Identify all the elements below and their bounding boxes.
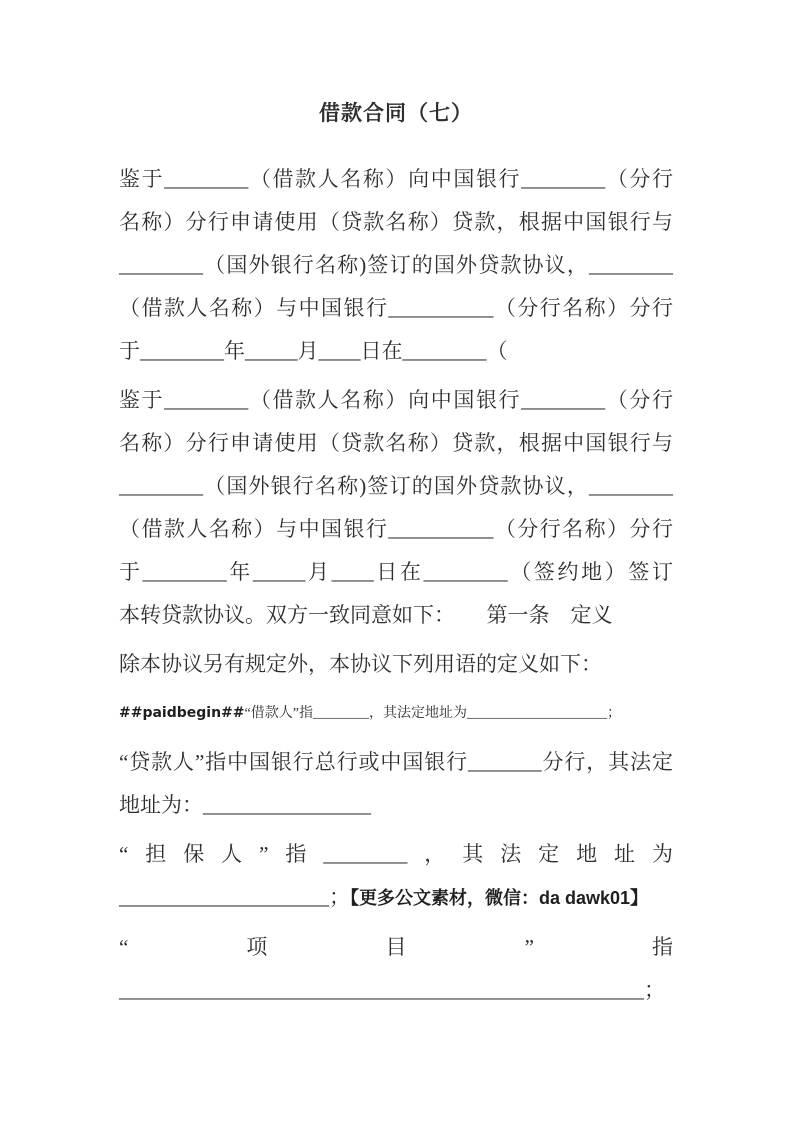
- paragraph2-line2: 名称）分行申请使用（贷款名称）贷款，根据中国银行与: [119, 422, 673, 465]
- paragraph-1: 鉴于________（借款人名称）向中国银行________（分行 名称）分行申…: [119, 158, 673, 373]
- paragraph1-line2: 名称）分行申请使用（贷款名称）贷款，根据中国银行与: [119, 201, 673, 244]
- paragraph2-line1: 鉴于________（借款人名称）向中国银行________（分行: [119, 379, 673, 422]
- paragraph-3: 除本协议另有规定外，本协议下列用语的定义如下：: [119, 643, 673, 686]
- paragraph5-line2: 地址为：________________: [119, 784, 673, 827]
- paragraph3-line1: 除本协议另有规定外，本协议下列用语的定义如下：: [119, 643, 673, 686]
- paragraph-4: ##paidbegin##“借款人”指________，其法定地址为______…: [119, 692, 673, 735]
- paragraph7-line2: ________________________________________…: [119, 969, 673, 1012]
- document-title: 借款合同（七）: [119, 98, 673, 128]
- paragraph2-line6: 本转贷款协议。双方一致同意如下： 第一条 定义: [119, 594, 673, 637]
- paragraph5-line1: “贷款人”指中国银行总行或中国银行_______分行，其法定: [119, 741, 673, 784]
- paragraph2-line4: （借款人名称）与中国银行__________（分行名称）分行: [119, 508, 673, 551]
- paragraph-5: “贷款人”指中国银行总行或中国银行_______分行，其法定 地址为：_____…: [119, 741, 673, 827]
- paragraph-2: 鉴于________（借款人名称）向中国银行________（分行 名称）分行申…: [119, 379, 673, 637]
- paragraph2-line3: ________（国外银行名称)签订的国外贷款协议，________: [119, 465, 673, 508]
- borrower-definition-text: “借款人”指________，其法定地址为___________________…: [245, 706, 621, 721]
- document-page: 借款合同（七） 鉴于________（借款人名称）向中国银行________（分…: [0, 0, 793, 1122]
- paragraph2-line5: 于________年_____月____日在________（签约地）签订: [119, 551, 673, 594]
- paragraph1-line4: （借款人名称）与中国银行__________（分行名称）分行: [119, 287, 673, 330]
- paidbegin-marker: ##paidbegin##: [119, 705, 245, 721]
- paragraph1-line3: ________（国外银行名称)签订的国外贷款协议，________: [119, 244, 673, 287]
- wechat-promo-note: 【更多公文素材，微信：da dawk01】: [350, 888, 648, 908]
- paragraph-6: “担保人”指________，其法定地址为 __________________…: [119, 833, 673, 920]
- guarantor-address-blank: ____________________；: [119, 885, 350, 909]
- paragraph1-line1: 鉴于________（借款人名称）向中国银行________（分行: [119, 158, 673, 201]
- paragraph-7: “项目”指 __________________________________…: [119, 926, 673, 1012]
- paidbegin-line: ##paidbegin##“借款人”指________，其法定地址为______…: [119, 692, 673, 735]
- paragraph6-line2: ____________________；【更多公文素材，微信：da dawk0…: [119, 876, 673, 920]
- paragraph7-line1: “项目”指: [119, 926, 673, 969]
- paragraph6-line1: “担保人”指________，其法定地址为: [119, 833, 673, 876]
- paragraph1-line5: 于________年_____月____日在________（: [119, 330, 673, 373]
